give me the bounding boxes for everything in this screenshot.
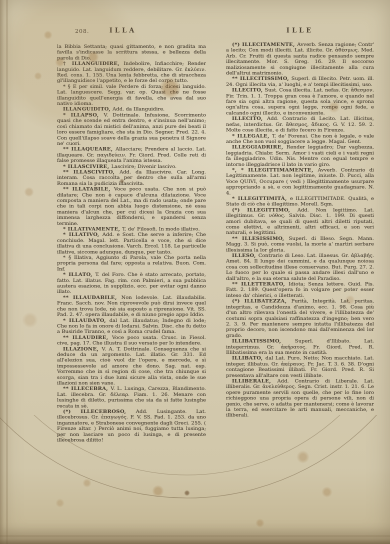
entry-headword: ** ILLAUDIRE,	[63, 335, 112, 341]
paper: 208. ILLA ILLE la Bibbia Settanta; quasi…	[0, 0, 390, 544]
dictionary-entry: ** ILLAUDIRE, Voce poco usata. Crusc. in…	[57, 335, 206, 346]
entry-headword: * ILLASCIVIRE,	[63, 164, 111, 170]
dictionary-entry: ** ILLASCIVITO, Add. da Illascivire. Car…	[57, 169, 206, 186]
entry-headword: * ILLAPSO,	[63, 112, 104, 118]
dictionary-entry: ILLIBATISSIMO, Superl. d'Illibato. Lat. …	[226, 339, 374, 356]
entry-headword: (*) ILLECITAMENTE,	[232, 42, 297, 48]
dictionary-entry: ILLECITO, Add. Contrario di Lecito. Lat.…	[226, 116, 374, 133]
entry-headword: † ILLANGUIDIRE,	[63, 61, 124, 67]
dictionary-entry: ** ILLECEBRA, V. L. Lusinga, Carezza, Bl…	[57, 386, 206, 409]
entry-headword: ILLIBATISSIMO,	[232, 339, 295, 345]
entry-headword: ILLECITO,	[232, 88, 265, 94]
dictionary-entry: * ILLAPSO, V. Dottrinale. Infusione, Sco…	[57, 112, 206, 146]
page-number: 208.	[75, 28, 89, 35]
entry-headword: * ILLEGALE,	[232, 133, 272, 139]
dictionary-entry: ** ILLAQUEARE, Allacciare; Prendere al l…	[57, 147, 206, 164]
entry-headword: (*) ILLIBATEZZA,	[232, 299, 291, 305]
entry-headword: ** ILLESISSIMO,	[232, 236, 289, 242]
entry-headword: ILLAZIONE,	[63, 346, 102, 352]
dictionary-entry: (*) ILLECEBROSO, Add. Lusingante. Lat. i…	[57, 409, 206, 443]
entry-headword: ILLESO,	[232, 253, 258, 259]
dictionary-entry: ** ILLECITISSIMO, Superl. di Illecito. P…	[226, 76, 374, 87]
running-head-left: ILLA	[109, 27, 136, 35]
dictionary-entry: * § Illativa, Aggiunto di Parola, vale C…	[57, 255, 206, 272]
dictionary-entry: * § E per simil. vale Perdere di forza; …	[57, 84, 206, 107]
entry-headword: ** ILLATABILE,	[63, 187, 114, 193]
text-column-right: (*) ILLECITAMENTE, Avverb. Senza ragione…	[226, 42, 374, 445]
dictionary-entry: (*) ILLEGITTIMO, Add. Non legittimo. Lat…	[226, 207, 374, 236]
dictionary-entry: ILLECITO, Sust. Cosa illecita. Lat. nefa…	[226, 88, 374, 117]
dictionary-entry: * ILLATO, T. del Foro. Che è stato arrec…	[57, 272, 206, 295]
dictionary-entry: (*) ILLIBATEZZA, Purità, Integrità. Lat.…	[226, 299, 374, 339]
entry-headword: ILLANGUIDITO,	[63, 107, 113, 113]
dictionary-entry: la Bibbia Settanta; quasi gittamento, e …	[57, 44, 206, 61]
dictionary-entry: (*) ILLECITAMENTE, Avverb. Senza ragione…	[226, 42, 374, 76]
entry-headword: ** ILLETTERATO,	[232, 282, 289, 288]
entry-headword: ILLIBATO,	[232, 356, 265, 362]
scanned-book-page: 208. ILLA ILLE la Bibbia Settanta; quasi…	[0, 0, 390, 544]
entry-headword: ILLECITO,	[232, 116, 267, 122]
dictionary-entry: *, * ILLEGITTIMAMENTE, Avverb. Contrario…	[226, 167, 374, 196]
running-head-right: ILLE	[286, 27, 313, 35]
dictionary-entry: ** ILLAUDABILE, Non lodevole. Lat. illau…	[57, 295, 206, 318]
entry-headword: (*) ILLEGITTIMO,	[232, 207, 297, 213]
dictionary-entry: ILLEGGIADRIRE, Render leggiadro; Dar vag…	[226, 145, 374, 168]
entry-headword: * ILLATIVAMENTE,	[63, 227, 122, 233]
entry-headword: ILLIBERALE,	[232, 378, 277, 384]
dictionary-entry: ILLAZIONE, V. A. T. Dottrinale. Consegue…	[57, 346, 206, 386]
entry-headword: ** ILLAUDABILE,	[63, 295, 121, 301]
dictionary-entry: * ILLATIVO, Add. e Sost. Che serve a inf…	[57, 232, 206, 255]
entry-headword: * ILLATO,	[63, 272, 95, 278]
dictionary-entry: ILLIBERALE, Add. Contrario di Liberale. …	[226, 378, 374, 418]
dictionary-entry: * ILLAUDATO, dal Lat. illaudatus; Indegn…	[57, 318, 206, 335]
entry-headword: * ILLATIVO,	[63, 232, 102, 238]
entry-headword: ** ILLECEBRA,	[63, 386, 111, 392]
dictionary-entry: ** ILLATABILE, Voce poco usata. Che non …	[57, 187, 206, 227]
page-edge-bottom	[0, 527, 390, 544]
page-edge-left	[0, 0, 14, 544]
text-column-left: la Bibbia Settanta; quasi gittamento, e …	[57, 44, 206, 451]
entry-headword: ILLEGGIADRIRE,	[232, 145, 287, 151]
dictionary-entry: ** ILLETTERATO, Idiota; Senza lettere. G…	[226, 282, 374, 299]
dictionary-entry: ILLIBATO, dal Lat. Puro, Netto; Non macc…	[226, 356, 374, 379]
dictionary-entry: † ILLANGUIDIRE, Indebolire, Infiacchire;…	[57, 61, 206, 84]
entry-headword: * ILLEGITTIMITÀ,	[232, 196, 290, 202]
entry-headword: ** ILLASCIVITO,	[63, 169, 119, 175]
entry-headword: *, * ILLEGITTIMAMENTE,	[232, 167, 318, 173]
entry-headword: ** ILLECITISSIMO,	[232, 76, 291, 82]
entry-headword: * ILLAUDATO,	[63, 318, 109, 324]
dictionary-entry: ** ILLESISSIMO, Superl. di Illeso. Segn.…	[226, 236, 374, 253]
dictionary-entry: * ILLEGITTIMITÀ, e ILLEGITTIMITADE. Qual…	[226, 196, 374, 207]
dictionary-entry: ILLESO, Contrario di Leso. Lat. illaesus…	[226, 253, 374, 282]
dictionary-entry: * ILLEGALE, T. de' Forensi. Che non è le…	[226, 133, 374, 144]
entry-headword: (*) ILLECEBROSO,	[63, 409, 136, 415]
entry-headword: ** ILLAQUEARE,	[63, 147, 116, 153]
